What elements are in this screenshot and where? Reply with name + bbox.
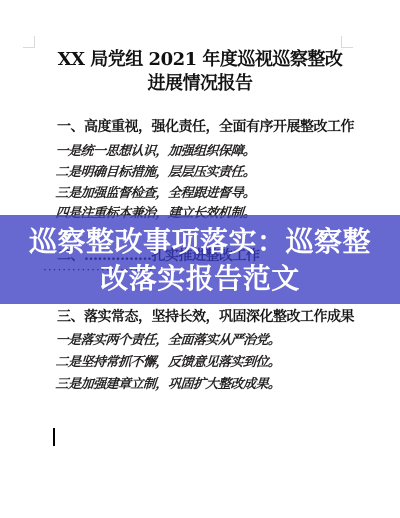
section1-item-1: 一是统一思想认识，加强组织保障。: [55, 140, 256, 159]
section1-item-2: 二是明确目标措施，层层压实责任。: [55, 161, 256, 180]
section3-item-3: 三是加强建章立制，巩固扩大整改成果。: [55, 373, 281, 392]
overlay-title-banner: 二、……………扎实推进整改工作 ······················· …: [0, 215, 400, 304]
banner-title-line2: 改落实报告范文: [0, 260, 400, 297]
section1-heading: 一、高度重视，强化责任，全面有序开展整改工作: [57, 116, 354, 136]
banner-title: 巡察整改事项落实：巡察整 改落实报告范文: [0, 215, 400, 304]
word-document-page: XX 局党组 2021 年度巡视巡察整改 进展情况报告 一、高度重视，强化责任，…: [0, 0, 400, 518]
section3-item-1: 一是落实两个责任，全面落实从严治党。: [55, 329, 281, 348]
banner-title-line1: 巡察整改事项落实：巡察整: [0, 223, 400, 260]
text-boundary-mark-left: [23, 36, 35, 48]
text-boundary-mark-right: [341, 36, 353, 48]
document-title: XX 局党组 2021 年度巡视巡察整改 进展情况报告: [0, 48, 400, 96]
document-title-line1: XX 局党组 2021 年度巡视巡察整改: [0, 48, 400, 72]
section1-item-3: 三是加强监督检查，全程跟进督导。: [55, 182, 256, 201]
document-title-line2: 进展情况报告: [0, 72, 400, 96]
section3-item-2: 二是坚持常抓不懈，反馈意见落实到位。: [55, 351, 281, 370]
text-cursor-caret: [53, 428, 55, 446]
section3-heading: 三、落实常态，坚持长效，巩固深化整改工作成果: [57, 306, 354, 326]
